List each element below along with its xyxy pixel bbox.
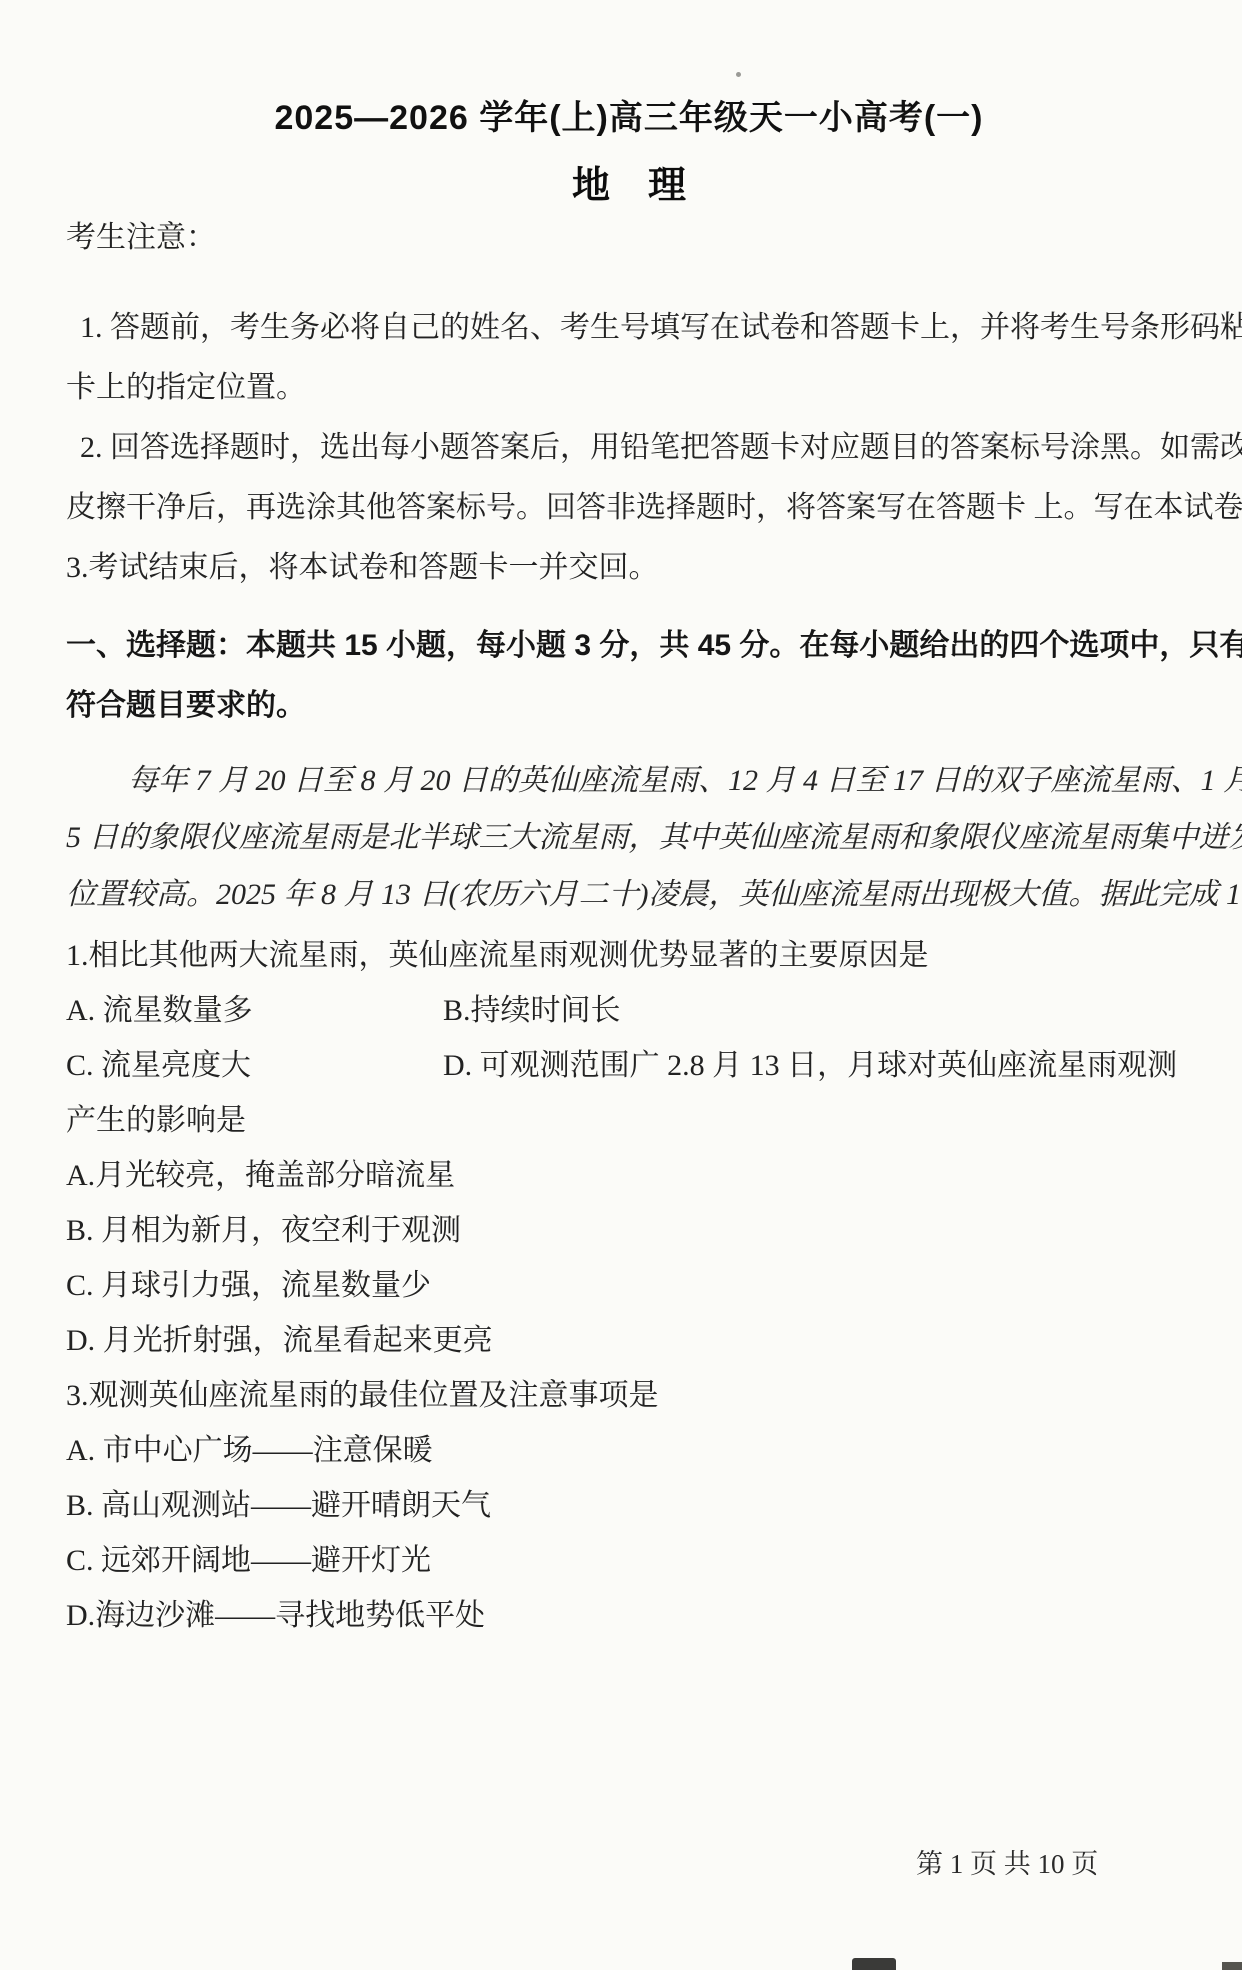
notice-item-2-line-2: 皮擦干净后，再选涂其他答案标号。回答非选择题时，将答案写在答题卡 上。写在本试卷… [66, 478, 1192, 538]
question-2-stem-continuation: 产生的影响是 [66, 1093, 1192, 1148]
exam-paper-page: 2025—2026 学年(上)高三年级天一小高考(一) 地 理 考生注意： 1.… [0, 0, 1242, 1970]
notice-list: 1. 答题前，考生务必将自己的姓名、考生号填写在试卷和答题卡上，并将考生号条形码… [66, 298, 1192, 598]
section-heading: 一、选择题：本题共 15 小题，每小题 3 分，共 45 分。在每小题给出的四个… [66, 616, 1192, 736]
ink-smudge-corner [1222, 1962, 1242, 1970]
notice-heading: 考生注意： [66, 218, 1192, 258]
option-d-label-with-question-2-stem: D. 可观测范围广 2.8 月 13 日，月球对英仙座流星雨观测 [443, 1038, 1177, 1093]
passage-line-2: 5 日的象限仪座流星雨是北半球三大流星雨，其中英仙座流星雨和象限仪座流星雨集中迸… [66, 809, 1192, 866]
notice-item-2-line-1: 2. 回答选择题时，选出每小题答案后，用铅笔把答题卡对应题目的答案标号涂黑。如需… [66, 418, 1192, 478]
notice-item-1-line-2: 卡上的指定位置。 [66, 358, 1192, 418]
reading-passage: 每年 7 月 20 日至 8 月 20 日的英仙座流星雨、12 月 4 日至 1… [66, 752, 1192, 923]
subject-title: 地 理 [66, 164, 1192, 208]
scan-dot-artifact [736, 72, 741, 77]
option-c-label: C. 月球引力强，流星数量少 [66, 1258, 1192, 1313]
question-1: 1.相比其他两大流星雨，英仙座流星雨观测优势显著的主要原因是 A. 流星数量多 … [66, 928, 1192, 1093]
question-3: 3.观测英仙座流星雨的最佳位置及注意事项是 A. 市中心广场——注意保暖 B. … [66, 1368, 1192, 1643]
question-2: 产生的影响是 A.月光较亮，掩盖部分暗流星 B. 月相为新月，夜空利于观测 C.… [66, 1093, 1192, 1368]
option-a-label: A.月光较亮，掩盖部分暗流星 [66, 1148, 1192, 1203]
option-c-label: C. 远郊开阔地——避开灯光 [66, 1533, 1192, 1588]
option-a-label: A. 市中心广场——注意保暖 [66, 1423, 1192, 1478]
question-1-options-row-1: A. 流星数量多 B.持续时间长 [66, 983, 1192, 1038]
option-c-label: C. 流星亮度大 [66, 1038, 443, 1093]
question-3-stem: 3.观测英仙座流星雨的最佳位置及注意事项是 [66, 1368, 1192, 1423]
option-a-label: A. 流星数量多 [66, 983, 443, 1038]
option-b-label: B. 月相为新月，夜空利于观测 [66, 1203, 1192, 1258]
option-b-label: B.持续时间长 [443, 983, 621, 1038]
passage-line-3: 位置较高。2025 年 8 月 13 日(农历六月二十)凌晨，英仙座流星雨出现极… [66, 866, 1192, 923]
section-heading-line-1: 一、选择题：本题共 15 小题，每小题 3 分，共 45 分。在每小题给出的四个… [66, 616, 1192, 676]
option-b-label: B. 高山观测站——避开晴朗天气 [66, 1478, 1192, 1533]
page-number-footer: 第 1 页 共 10 页 [916, 1842, 1098, 1881]
notice-item-3: 3.考试结束后，将本试卷和答题卡一并交回。 [66, 538, 1192, 598]
passage-line-1: 每年 7 月 20 日至 8 月 20 日的英仙座流星雨、12 月 4 日至 1… [66, 752, 1192, 809]
ink-smudge [852, 1958, 896, 1970]
section-heading-line-2: 符合题目要求的。 [66, 676, 1192, 736]
option-d-label: D. 月光折射强，流星看起来更亮 [66, 1313, 1192, 1368]
question-1-stem: 1.相比其他两大流星雨，英仙座流星雨观测优势显著的主要原因是 [66, 928, 1192, 983]
page-title: 2025—2026 学年(上)高三年级天一小高考(一) [66, 0, 1192, 140]
question-1-options-row-2: C. 流星亮度大 D. 可观测范围广 2.8 月 13 日，月球对英仙座流星雨观… [66, 1038, 1192, 1093]
notice-item-1-line-1: 1. 答题前，考生务必将自己的姓名、考生号填写在试卷和答题卡上，并将考生号条形码… [66, 298, 1192, 358]
option-d-label: D.海边沙滩——寻找地势低平处 [66, 1588, 1192, 1643]
